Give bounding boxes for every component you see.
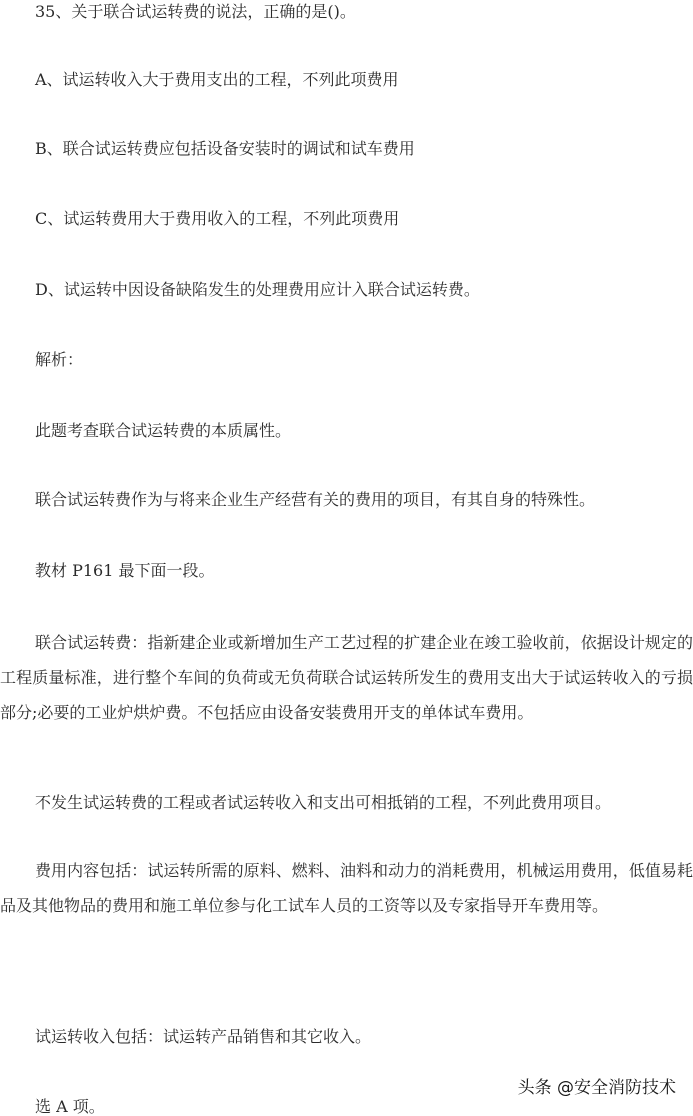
analysis-paragraph-3: 教材 P161 最下面一段。	[35, 561, 214, 581]
option-b: B、联合试运转费应包括设备安装时的调试和试车费用	[35, 139, 415, 159]
analysis-paragraph-1: 此题考查联合试运转费的本质属性。	[35, 421, 291, 441]
analysis-heading: 解析：	[35, 350, 83, 370]
option-a: A、试运转收入大于费用支出的工程，不列此项费用	[35, 70, 399, 90]
analysis-paragraph-2: 联合试运转费作为与将来企业生产经营有关的费用的项目，有其自身的特殊性。	[35, 490, 595, 510]
analysis-paragraph-exclusion: 不发生试运转费的工程或者试运转收入和支出可相抵销的工程，不列此费用项目。	[35, 793, 611, 813]
analysis-paragraph-definition: 联合试运转费：指新建企业或新增加生产工艺过程的扩建企业在竣工验收前，依据设计规定…	[0, 625, 693, 730]
watermark: 头条 @安全消防技术	[518, 1078, 676, 1098]
option-c: C、试运转费用大于费用收入的工程，不列此项费用	[35, 209, 399, 229]
answer-line: 选 A 项。	[35, 1097, 105, 1116]
analysis-paragraph-contents: 费用内容包括：试运转所需的原料、燃料、油料和动力的消耗费用，机械运用费用，低值易…	[0, 853, 693, 923]
question-stem: 35、关于联合试运转费的说法，正确的是()。	[35, 2, 356, 22]
analysis-paragraph-income: 试运转收入包括：试运转产品销售和其它收入。	[35, 1027, 371, 1047]
option-d: D、试运转中因设备缺陷发生的处理费用应计入联合试运转费。	[35, 280, 480, 300]
